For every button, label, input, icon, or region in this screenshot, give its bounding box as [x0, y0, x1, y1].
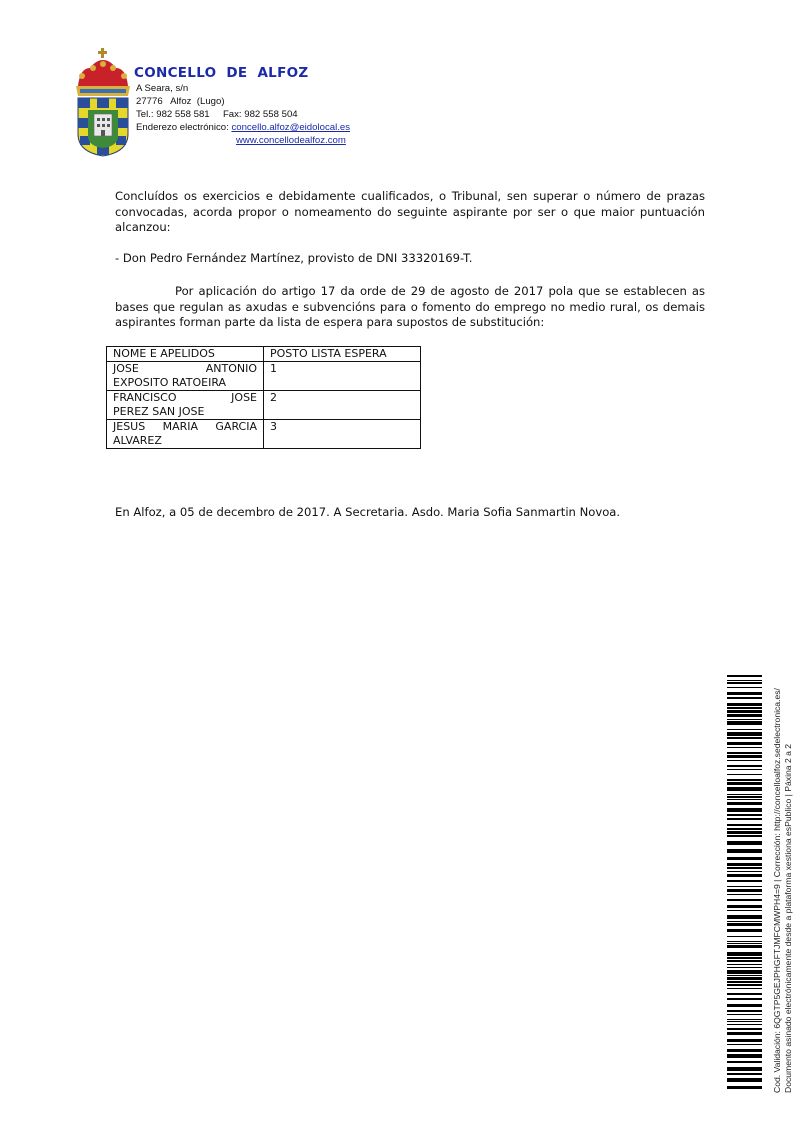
municipal-coat-of-arms-icon — [72, 46, 134, 158]
validation-code: Cod. Validación: 6QGTP5GEJPHGFTJMFCMWPH4… — [772, 688, 783, 1093]
contact-phone-fax: Tel.: 982 558 581 Fax: 982 558 504 — [136, 109, 298, 120]
signature-line: En Alfoz, a 05 de decembro de 2017. A Se… — [115, 505, 705, 521]
barcode-icon — [727, 675, 762, 1093]
table-row: JESUS MARIA GARCIAALVAREZ 3 — [107, 420, 421, 449]
selected-candidate: - Don Pedro Fernández Martínez, provisto… — [115, 251, 705, 267]
column-header-position: POSTO LISTA ESPERA — [264, 347, 421, 362]
contact-email-row: Enderezo electrónico: concello.alfoz@eid… — [136, 122, 350, 133]
organization-name: CONCELLO DE ALFOZ — [134, 65, 308, 81]
email-link[interactable]: concello.alfoz@eidolocal.es — [231, 122, 350, 133]
validation-footer: Cod. Validación: 6QGTP5GEJPHGFTJMFCMWPH4… — [772, 688, 793, 1093]
column-header-name: NOME E APELIDOS — [107, 347, 264, 362]
table-row: JOSE ANTONIOEXPOSITO RATOEIRA 1 — [107, 362, 421, 391]
candidate-name-line1: FRANCISCO JOSE — [113, 391, 257, 405]
candidate-name: JESUS MARIA GARCIAALVAREZ — [107, 420, 264, 449]
candidate-name-line2: EXPOSITO RATOEIRA — [113, 376, 226, 389]
address-street: A Seara, s/n — [136, 83, 188, 94]
waitlist-paragraph: Por aplicación do artigo 17 da orde de 2… — [115, 284, 705, 331]
candidate-name: JOSE ANTONIOEXPOSITO RATOEIRA — [107, 362, 264, 391]
candidate-name-line1: JOSE ANTONIO — [113, 362, 257, 376]
table-row: FRANCISCO JOSEPEREZ SAN JOSE 2 — [107, 391, 421, 420]
candidate-name-line2: PEREZ SAN JOSE — [113, 405, 204, 418]
candidate-name-line1: JESUS MARIA GARCIA — [113, 420, 257, 434]
intro-paragraph: Concluídos os exercicios e debidamente c… — [115, 189, 705, 236]
website-link[interactable]: www.concellodealfoz.com — [236, 135, 346, 146]
table-header-row: NOME E APELIDOS POSTO LISTA ESPERA — [107, 347, 421, 362]
address-postal: 27776 Alfoz (Lugo) — [136, 96, 225, 107]
candidate-name-line2: ALVAREZ — [113, 434, 162, 447]
signed-electronically-note: Documento asinado electrónicamente desde… — [783, 688, 794, 1093]
waitlist-table: NOME E APELIDOS POSTO LISTA ESPERA JOSE … — [106, 346, 421, 449]
candidate-position: 3 — [264, 420, 421, 449]
candidate-name: FRANCISCO JOSEPEREZ SAN JOSE — [107, 391, 264, 420]
website-row: www.concellodealfoz.com — [236, 135, 346, 146]
candidate-position: 1 — [264, 362, 421, 391]
email-label: Enderezo electrónico: — [136, 122, 231, 133]
candidate-position: 2 — [264, 391, 421, 420]
letterhead: CONCELLO DE ALFOZ A Seara, s/n 27776 Alf… — [72, 46, 392, 161]
